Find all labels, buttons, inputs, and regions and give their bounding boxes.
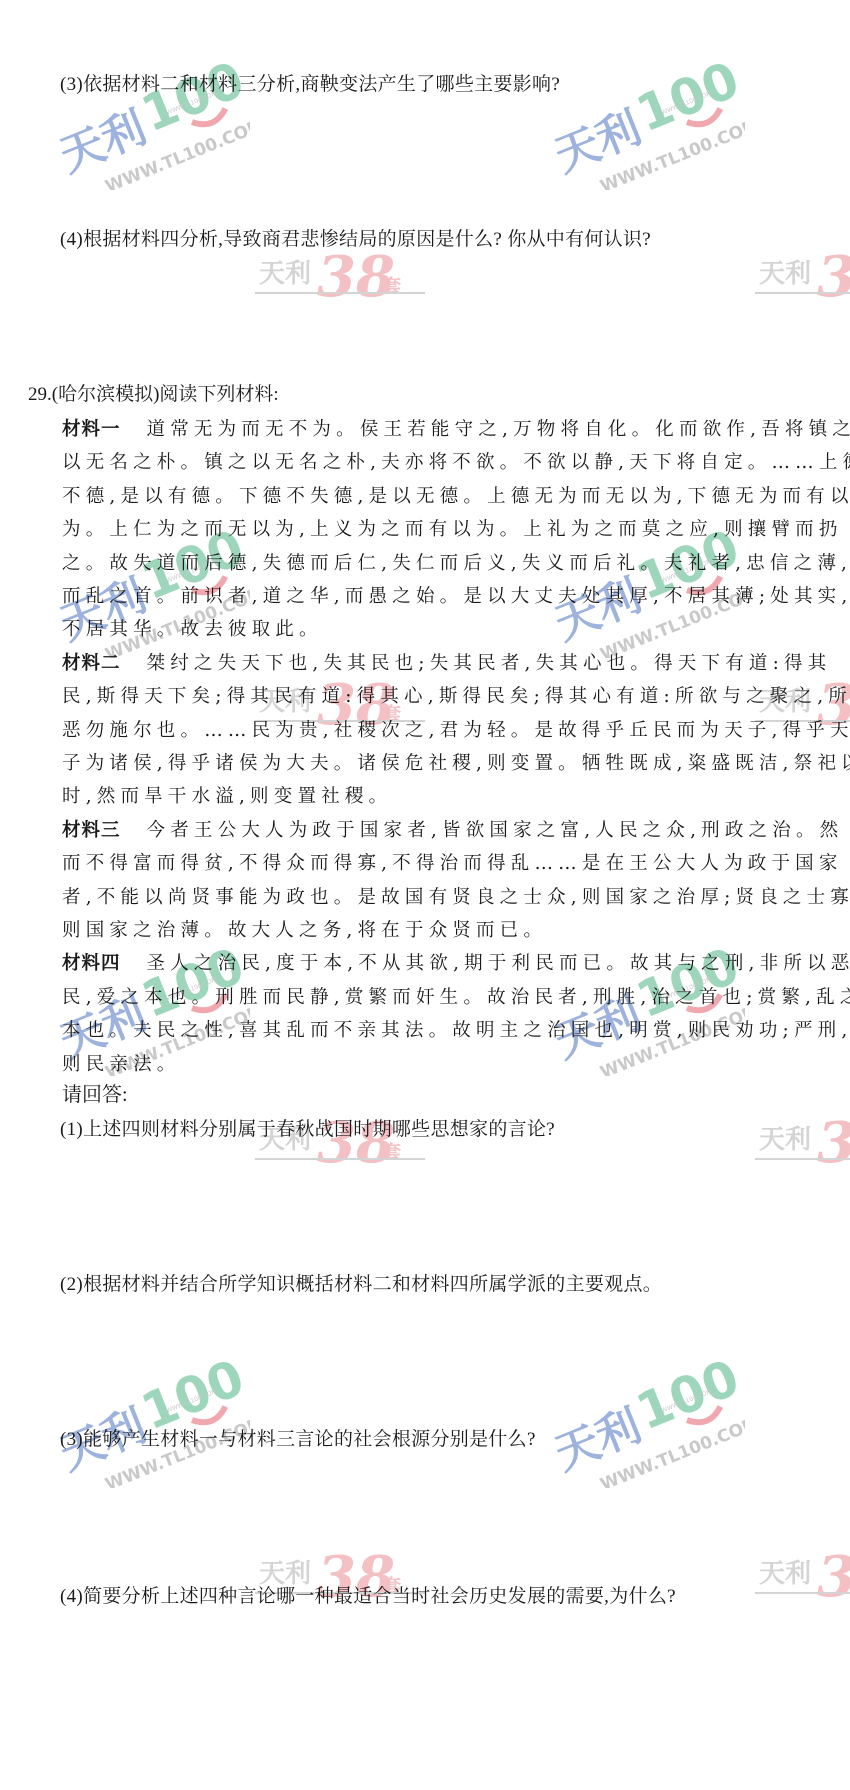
material-line: 不居其华。故去彼取此。 bbox=[62, 619, 323, 641]
svg-text:100: 100 bbox=[629, 60, 745, 143]
material-text: 子为诸侯,得乎诸侯为大夫。诸侯危社稷,则变置。牺牲既成,粢盛既洁,祭祀以 bbox=[62, 753, 850, 774]
material-line: 子为诸侯,得乎诸侯为大夫。诸侯危社稷,则变置。牺牲既成,粢盛既洁,祭祀以 bbox=[62, 753, 850, 775]
material-line: 而乱之首。前识者,道之华,而愚之始。是以大丈夫处其厚,不居其薄;处其实, bbox=[62, 586, 850, 608]
material-line: 则国家之治薄。故大人之务,将在于众贤而已。 bbox=[62, 920, 547, 942]
svg-text:100: 100 bbox=[134, 60, 250, 143]
material-label: 材料四 bbox=[62, 953, 121, 974]
material-text: 者,不能以尚贤事能为政也。是故国有贤良之士众,则国家之治厚;贤良之士寡, bbox=[62, 887, 850, 908]
svg-text:天利: 天利 bbox=[259, 1559, 311, 1589]
question-source: (哈尔滨模拟) bbox=[52, 384, 160, 405]
svg-text:套: 套 bbox=[383, 275, 401, 297]
svg-text:38: 38 bbox=[817, 244, 850, 310]
material-text: 则民亲法。 bbox=[62, 1054, 181, 1075]
question-label: (2) bbox=[60, 1274, 83, 1295]
question-number: 29. bbox=[28, 384, 52, 405]
tl38-watermark: 天利38套 bbox=[755, 240, 850, 310]
svg-text:38: 38 bbox=[817, 1544, 850, 1610]
material-line: 本也。夫民之性,喜其乱而不亲其法。故明主之治国也,明赏,则民劝功;严刑, bbox=[62, 1020, 850, 1042]
svg-text:WWW.TL100.COM: WWW.TL100.COM bbox=[103, 115, 250, 190]
material-text: 为。上仁为之而无以为,上义为之而有以为。上礼为之而莫之应,则攘臂而扔 bbox=[62, 519, 843, 540]
svg-text:天利: 天利 bbox=[259, 259, 311, 289]
material-text: 以无名之朴。镇之以无名之朴,夫亦将不欲。不欲以静,天下将自定。……上德 bbox=[62, 452, 850, 473]
question-label: (3) bbox=[60, 1429, 83, 1450]
sub-question-2: (2)根据材料并结合所学知识概括材料二和材料四所属学派的主要观点。 bbox=[60, 1274, 662, 1296]
svg-text:天利: 天利 bbox=[759, 1559, 811, 1589]
material-line: 材料三今者王公大人为政于国家者,皆欲国家之富,人民之众,刑政之治。然 bbox=[62, 820, 843, 842]
sub-question-4: (4)简要分析上述四种言论哪一种最适合当时社会历史发展的需要,为什么? bbox=[60, 1586, 676, 1608]
material-line: 材料一道常无为而无不为。侯王若能守之,万物将自化。化而欲作,吾将镇之 bbox=[62, 419, 850, 441]
svg-text:天利: 天利 bbox=[548, 1400, 649, 1480]
material-line: 而不得富而得贫,不得众而得寡,不得治而得乱……是在王公大人为政于国家 bbox=[62, 853, 843, 875]
material-line: 恶勿施尔也。……民为贵,社稷次之,君为轻。是故得乎丘民而为天子,得乎天 bbox=[62, 720, 850, 742]
question-instruction: 阅读下列材料: bbox=[159, 384, 278, 405]
material-text: 圣人之治民,度于本,不从其欲,期于利民而已。故其与之刑,非所以恶 bbox=[147, 953, 850, 974]
material-label: 材料二 bbox=[62, 653, 121, 674]
material-text: 不德,是以有德。下德不失德,是以无德。上德无为而无以为,下德无为而有以 bbox=[62, 486, 850, 507]
svg-text:38: 38 bbox=[317, 244, 395, 310]
tl38-watermark: 天利38套 bbox=[255, 1106, 430, 1176]
material-line: 材料四圣人之治民,度于本,不从其欲,期于利民而已。故其与之刑,非所以恶 bbox=[62, 953, 850, 975]
material-line: 之。故失道而后德,失德而后仁,失仁而后义,失义而后礼。夫礼者,忠信之薄, bbox=[62, 553, 850, 575]
question-text: 根据材料四分析,导致商君悲惨结局的原因是什么? 你从中有何认识? bbox=[83, 229, 651, 250]
question-text: 简要分析上述四种言论哪一种最适合当时社会历史发展的需要,为什么? bbox=[83, 1586, 676, 1607]
material-text: 而乱之首。前识者,道之华,而愚之始。是以大丈夫处其厚,不居其薄;处其实, bbox=[62, 586, 850, 607]
material-label: 材料一 bbox=[62, 419, 121, 440]
svg-text:WWW.TL100.COM: WWW.TL100.COM bbox=[598, 1413, 745, 1488]
material-text: 今者王公大人为政于国家者,皆欲国家之富,人民之众,刑政之治。然 bbox=[147, 820, 844, 841]
svg-text:天利: 天利 bbox=[548, 102, 649, 182]
material-text: 民,爱之本也。刑胜而民静,赏繁而奸生。故治民者,刑胜,治之首也;赏繁,乱之 bbox=[62, 987, 850, 1008]
material-text: 道常无为而无不为。侯王若能守之,万物将自化。化而欲作,吾将镇之 bbox=[147, 419, 850, 440]
material-line: 以无名之朴。镇之以无名之朴,夫亦将不欲。不欲以静,天下将自定。……上德 bbox=[62, 452, 850, 474]
question-label: (4) bbox=[60, 1586, 83, 1607]
prev-question-3: (3)依据材料二和材料三分析,商鞅变法产生了哪些主要影响? bbox=[60, 74, 560, 96]
material-line: 不德,是以有德。下德不失德,是以无德。上德无为而无以为,下德无为而有以 bbox=[62, 486, 850, 508]
material-line: 则民亲法。 bbox=[62, 1054, 181, 1076]
svg-text:天利: 天利 bbox=[548, 570, 649, 650]
material-text: 不居其华。故去彼取此。 bbox=[62, 619, 323, 640]
material-line: 为。上仁为之而无以为,上义为之而有以为。上礼为之而莫之应,则攘臂而扔 bbox=[62, 519, 843, 541]
svg-text:天利: 天利 bbox=[759, 259, 811, 289]
svg-text:天利: 天利 bbox=[53, 102, 154, 182]
material-text: 桀纣之失天下也,失其民也;失其民者,失其心也。得天下有道:得其 bbox=[147, 653, 832, 674]
material-line: 者,不能以尚贤事能为政也。是故国有贤良之士众,则国家之治厚;贤良之士寡, bbox=[62, 887, 850, 909]
question-29-header: 29.(哈尔滨模拟)阅读下列材料: bbox=[28, 384, 279, 406]
answer-prompt: 请回答: bbox=[62, 1084, 128, 1106]
question-label: (3) bbox=[60, 74, 83, 95]
question-label: (4) bbox=[60, 229, 83, 250]
svg-text:38: 38 bbox=[817, 1110, 850, 1176]
svg-text:天利: 天利 bbox=[759, 1125, 811, 1155]
question-text: 依据材料二和材料三分析,商鞅变法产生了哪些主要影响? bbox=[83, 74, 560, 95]
material-text: 之。故失道而后德,失德而后仁,失仁而后义,失义而后礼。夫礼者,忠信之薄, bbox=[62, 553, 850, 574]
tl100-watermark: 天利100WWW.TL100.COMWWW.TL100.COM bbox=[50, 1358, 250, 1488]
question-text: 根据材料并结合所学知识概括材料二和材料四所属学派的主要观点。 bbox=[83, 1274, 662, 1295]
sub-question-3: (3)能够产生材料一与材料三言论的社会根源分别是什么? bbox=[60, 1429, 536, 1451]
svg-text:WWW.TL100.COM: WWW.TL100.COM bbox=[661, 1388, 713, 1415]
exam-page: 天利100WWW.TL100.COMWWW.TL100.COM天利100WWW.… bbox=[0, 0, 850, 1790]
material-line: 民,斯得天下矣;得其民有道:得其心,斯得民矣;得其心有道:所欲与之聚之,所 bbox=[62, 686, 850, 708]
question-text: 上述四则材料分别属于春秋战国时期哪些思想家的言论? bbox=[83, 1119, 555, 1140]
tl100-watermark: 天利100WWW.TL100.COMWWW.TL100.COM bbox=[545, 1358, 745, 1488]
tl100-watermark: 天利100WWW.TL100.COMWWW.TL100.COM bbox=[545, 60, 745, 190]
tl38-watermark: 天利38套 bbox=[755, 1540, 850, 1610]
material-text: 则国家之治薄。故大人之务,将在于众贤而已。 bbox=[62, 920, 547, 941]
prev-question-4: (4)根据材料四分析,导致商君悲惨结局的原因是什么? 你从中有何认识? bbox=[60, 229, 651, 251]
material-text: 恶勿施尔也。……民为贵,社稷次之,君为轻。是故得乎丘民而为天子,得乎天 bbox=[62, 720, 850, 741]
svg-text:WWW.TL100.COM: WWW.TL100.COM bbox=[598, 115, 745, 190]
question-text: 能够产生材料一与材料三言论的社会根源分别是什么? bbox=[83, 1429, 536, 1450]
material-text: 本也。夫民之性,喜其乱而不亲其法。故明主之治国也,明赏,则民劝功;严刑, bbox=[62, 1020, 850, 1041]
question-label: (1) bbox=[60, 1119, 83, 1140]
svg-text:套: 套 bbox=[383, 1141, 401, 1163]
svg-text:100: 100 bbox=[629, 1358, 745, 1441]
svg-text:WWW.TL100.COM: WWW.TL100.COM bbox=[661, 90, 713, 117]
material-text: 时,然而旱干水溢,则变置社稷。 bbox=[62, 786, 392, 807]
sub-question-1: (1)上述四则材料分别属于春秋战国时期哪些思想家的言论? bbox=[60, 1119, 555, 1141]
svg-text:WWW.TL100.COM: WWW.TL100.COM bbox=[166, 1388, 218, 1415]
material-line: 民,爱之本也。刑胜而民静,赏繁而奸生。故治民者,刑胜,治之首也;赏繁,乱之 bbox=[62, 987, 850, 1009]
material-text: 而不得富而得贫,不得众而得寡,不得治而得乱……是在王公大人为政于国家 bbox=[62, 853, 843, 874]
material-label: 材料三 bbox=[62, 820, 121, 841]
material-line: 时,然而旱干水溢,则变置社稷。 bbox=[62, 786, 392, 808]
tl38-watermark: 天利38套 bbox=[755, 1106, 850, 1176]
material-text: 民,斯得天下矣;得其民有道:得其心,斯得民矣;得其心有道:所欲与之聚之,所 bbox=[62, 686, 850, 707]
material-line: 材料二桀纣之失天下也,失其民也;失其民者,失其心也。得天下有道:得其 bbox=[62, 653, 831, 675]
